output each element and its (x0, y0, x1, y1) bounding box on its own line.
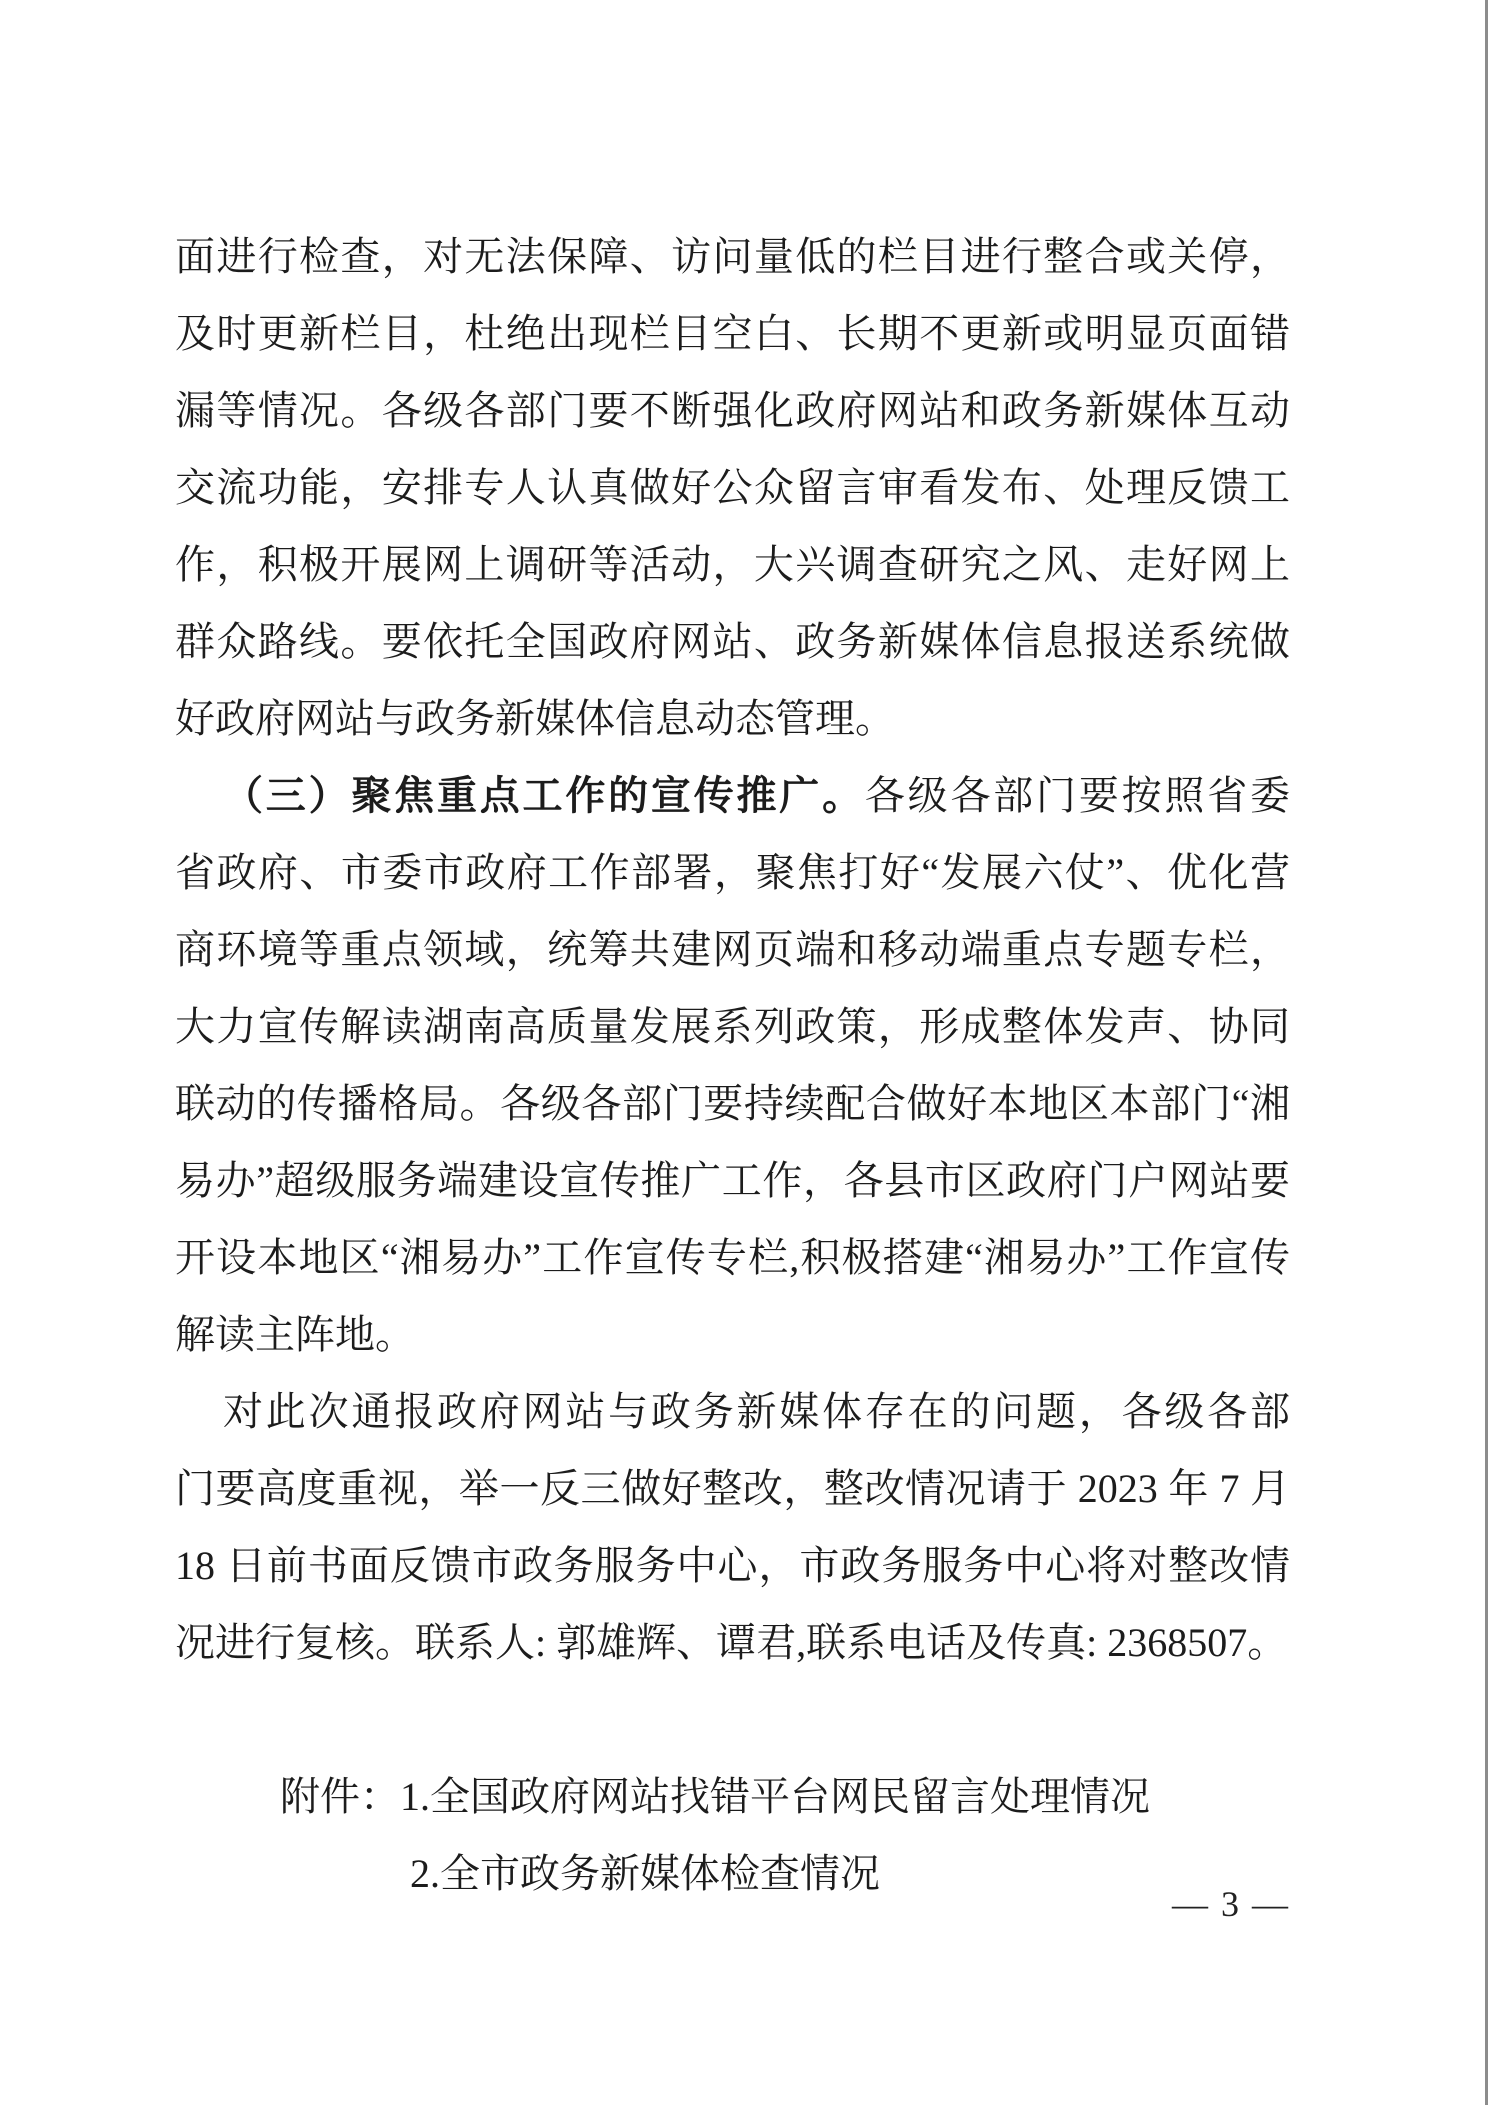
body-line: 及时更新栏目，杜绝出现栏目空白、长期不更新或明显页面错 (175, 295, 1290, 372)
body-line: 况进行复核。联系人: 郭雄辉、谭君,联系电话及传真: 2368507。 (175, 1604, 1290, 1681)
body-line: 18 日前书面反馈市政务服务中心，市政务服务中心将对整改情 (175, 1527, 1290, 1604)
body-line: 交流功能，安排专人认真做好公众留言审看发布、处理反馈工 (175, 449, 1290, 526)
page-number: — 3 — (1172, 1884, 1290, 1924)
body-line: 群众路线。要依托全国政府网站、政务新媒体信息报送系统做 (175, 603, 1290, 680)
attachment-label: 附件： (280, 1774, 400, 1819)
body-line: 门要高度重视，举一反三做好整改，整改情况请于 2023 年 7 月 (175, 1450, 1290, 1527)
body-line: 好政府网站与政务新媒体信息动态管理。 (175, 680, 1290, 757)
attachment-item-2: 2.全市政务新媒体检查情况 (410, 1851, 880, 1896)
attachment-line-1: 附件：1.全国政府网站找错平台网民留言处理情况 (175, 1758, 1290, 1835)
body-line: 面进行检查，对无法保障、访问量低的栏目进行整合或关停， (175, 218, 1290, 295)
body-line: 省政府、市委市政府工作部署，聚焦打好“发展六仗”、优化营 (175, 834, 1290, 911)
body-line: 开设本地区“湘易办”工作宣传专栏,积极搭建“湘易办”工作宣传 (175, 1219, 1290, 1296)
body-line: 大力宣传解读湖南高质量发展系列政策，形成整体发声、协同 (175, 988, 1290, 1065)
body-line: 商环境等重点领域，统筹共建网页端和移动端重点专题专栏， (175, 911, 1290, 988)
body-line: 作，积极开展网上调研等活动，大兴调查研究之风、走好网上 (175, 526, 1290, 603)
body-line: 易办”超级服务端建设宣传推广工作，各县市区政府门户网站要 (175, 1142, 1290, 1219)
document-page: 面进行检查，对无法保障、访问量低的栏目进行整合或关停， 及时更新栏目，杜绝出现栏… (0, 0, 1488, 2105)
body-line: 漏等情况。各级各部门要不断强化政府网站和政务新媒体互动 (175, 372, 1290, 449)
attachment-line-2: 2.全市政务新媒体检查情况 (175, 1835, 1290, 1912)
body-line: 联动的传播格局。各级各部门要持续配合做好本地区本部门“湘 (175, 1065, 1290, 1142)
section3-heading-rest: 各级各部门要按照省委 (865, 773, 1290, 818)
document-body: 面进行检查，对无法保障、访问量低的栏目进行整合或关停， 及时更新栏目，杜绝出现栏… (175, 218, 1290, 1912)
body-line: 对此次通报政府网站与政务新媒体存在的问题，各级各部 (175, 1373, 1290, 1450)
section3-heading-line: （三）聚焦重点工作的宣传推广。各级各部门要按照省委 (175, 757, 1290, 834)
section3-heading-bold: （三）聚焦重点工作的宣传推广。 (223, 773, 865, 818)
attachment-item-1: 1.全国政府网站找错平台网民留言处理情况 (400, 1774, 1150, 1819)
blank-line (175, 1681, 1290, 1758)
body-line: 解读主阵地。 (175, 1296, 1290, 1373)
